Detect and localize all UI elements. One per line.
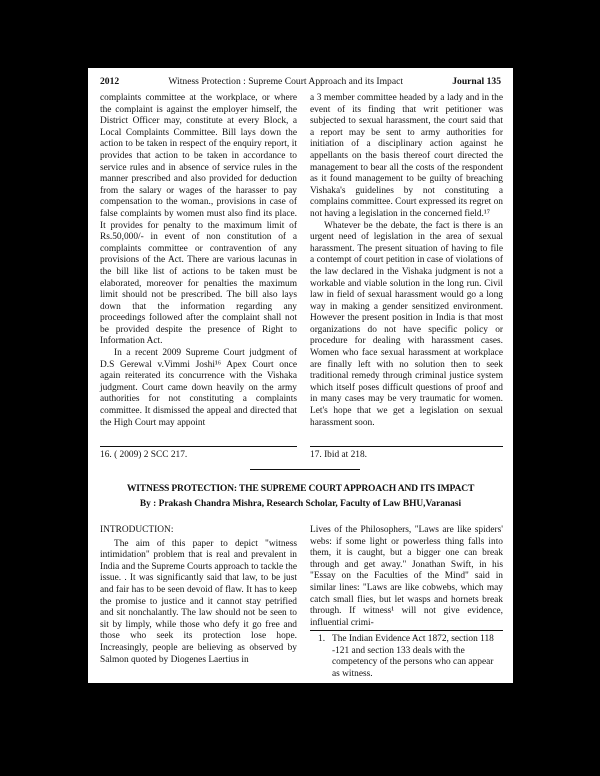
- article-byline: By : Prakash Chandra Mishra, Research Sc…: [88, 499, 513, 509]
- article-footnotes: 1. The Indian Evidence Act 1872, section…: [310, 634, 503, 680]
- section-heading: INTRODUCTION:: [100, 525, 297, 537]
- article-right-column: Lives of the Philosophers, "Laws are lik…: [310, 525, 503, 629]
- document-page: 2012 Witness Protection : Supreme Court …: [88, 68, 513, 683]
- footnote-text: The Indian Evidence Act 1872, section 11…: [332, 634, 503, 680]
- header-running-title: Witness Protection : Supreme Court Appro…: [168, 76, 403, 90]
- footnote-16: 16. ( 2009) 2 SCC 217.: [100, 450, 187, 460]
- article-left-column: INTRODUCTION: The aim of this paper to d…: [100, 525, 297, 666]
- footnote-rule-right: [310, 446, 503, 447]
- paragraph: The aim of this paper to depict "witness…: [100, 539, 297, 667]
- paragraph: Whatever be the debate, the fact is ther…: [310, 221, 503, 430]
- paragraph: a 3 member committee headed by a lady an…: [310, 93, 503, 221]
- footnote-number: 1.: [310, 634, 332, 646]
- top-right-column: a 3 member committee headed by a lady an…: [310, 93, 503, 429]
- footnote-rule-left: [100, 446, 297, 447]
- footnote-17: 17. Ibid at 218.: [310, 450, 367, 460]
- header-year: 2012: [100, 76, 119, 90]
- running-header: 2012 Witness Protection : Supreme Court …: [100, 76, 501, 90]
- paragraph: Lives of the Philosophers, "Laws are lik…: [310, 525, 503, 629]
- paragraph: complaints committee at the workplace, o…: [100, 93, 297, 348]
- header-journal: Journal 135: [452, 76, 501, 90]
- article-title: WITNESS PROTECTION: THE SUPREME COURT AP…: [88, 483, 513, 494]
- top-left-column: complaints committee at the workplace, o…: [100, 93, 297, 429]
- section-divider: [250, 469, 360, 470]
- footnote-rule-article: [310, 630, 503, 631]
- paragraph: In a recent 2009 Supreme Court judgment …: [100, 348, 297, 429]
